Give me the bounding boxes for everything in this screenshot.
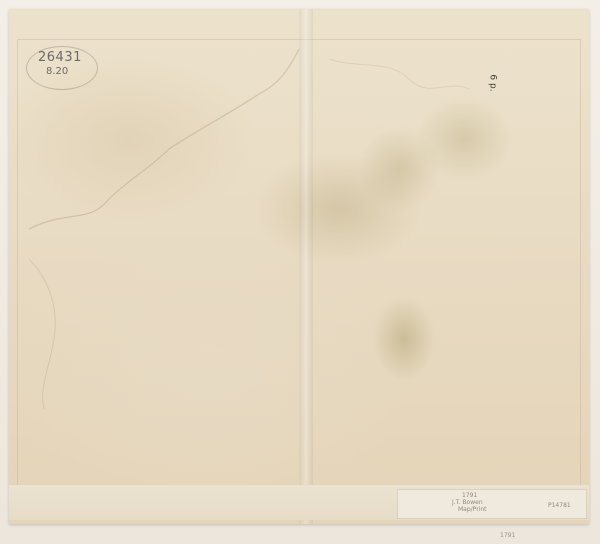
inventory-number: 26431 [38,50,82,65]
map-sheet-back [9,9,589,524]
show-through-coastline [9,9,589,524]
inventory-subnumber: 8.20 [46,66,68,77]
label-line-2: J.T. Bowen [452,499,483,506]
below-sheet-mark: 1791 [500,532,515,539]
label-line-1: 1791 [462,492,477,499]
margin-mark: 6 p. [488,74,498,91]
label-line-3: Map/Print [458,506,487,513]
label-catalog-number: P14781 [548,502,571,509]
